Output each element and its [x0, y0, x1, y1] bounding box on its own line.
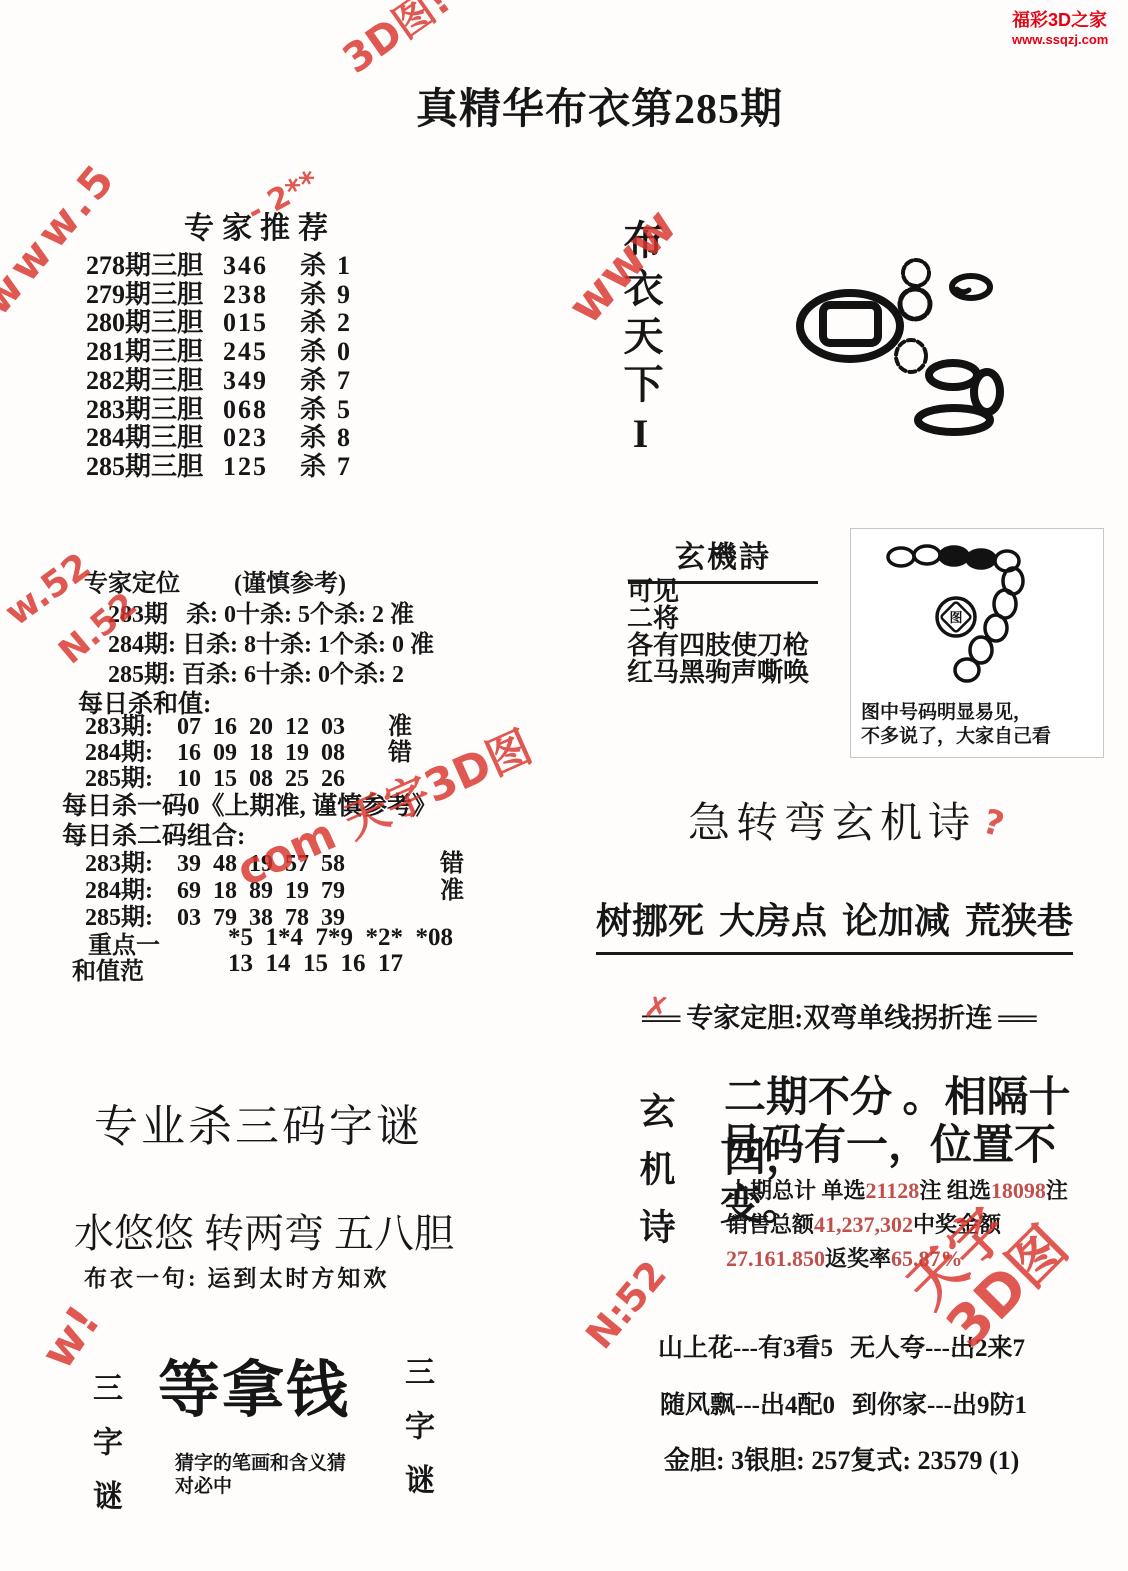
kill-three-title: 专业杀三码字谜 — [94, 1090, 423, 1154]
row-period: 283期三胆 — [86, 396, 223, 425]
stats-label: 上期总计 单选 — [728, 1178, 866, 1203]
row-kill-label: 杀 — [300, 367, 337, 396]
buyi-tianxia-sketch — [755, 225, 1085, 455]
stats-number: 41,237,302 — [814, 1212, 913, 1237]
sharp-turn-line: 树挪死 大房点 论加减 荒狭巷 — [596, 893, 1073, 955]
table-row: 278期三胆346杀1 — [86, 252, 350, 281]
bead-figure-caption2: 不多说了，大家自己看 — [861, 721, 1051, 748]
coin-character: 图 — [949, 610, 962, 625]
row-kill-label: 杀 — [300, 396, 337, 425]
row-period: 280期三胆 — [86, 309, 223, 338]
row-number: 349 — [223, 367, 300, 396]
bead-figure-caption1: 图中号码明显易见， — [861, 697, 1032, 724]
xuanji-poem-lines: 可见 二将 各有四肢使刀枪 红马黑驹声嘶唤 — [627, 578, 809, 686]
table-row: 281期三胆245杀0 — [86, 338, 350, 367]
xuanji2-side-title: 玄机诗 — [630, 1092, 681, 1266]
bead-figure-drawing: 图 — [851, 529, 1101, 689]
row-number: 068 — [223, 396, 300, 425]
three-riddle-side-left: 三字谜 — [82, 1372, 126, 1534]
watermark-scribble: ✗ — [642, 992, 671, 1025]
table-row: 279期三胆238杀9 — [86, 281, 350, 310]
row-period: 285期三胆 — [86, 453, 223, 482]
table-row: 284期三胆023杀8 — [86, 424, 350, 453]
row-number: 346 — [223, 252, 300, 281]
table-row: 282期三胆349杀7 — [86, 367, 350, 396]
row-number: 125 — [223, 453, 300, 482]
row-kill-value: 2 — [337, 309, 350, 338]
coin-sketch-drawing — [755, 225, 1085, 455]
row-kill-value: 7 — [337, 453, 350, 482]
dan-text: 专家定胆:双弯单线拐折连 — [686, 1003, 992, 1033]
site-logo: 福彩3D之家 www.ssqzj.com — [1012, 6, 1108, 47]
row-kill-value: 0 — [337, 338, 350, 367]
watermark-scribble: ? — [980, 805, 1008, 843]
table-row: 285期三胆125杀7 — [86, 453, 350, 482]
watermark-url-fragment: w! — [33, 1298, 107, 1376]
row-kill-label: 杀 — [300, 453, 337, 482]
row-kill-label: 杀 — [300, 281, 337, 310]
sum-range-label: 和值范 — [72, 951, 144, 986]
row-number: 023 — [223, 424, 300, 453]
stats-number: 27.161.850 — [726, 1246, 825, 1271]
focus-values: *5 1*4 7*9 *2* *08 — [228, 924, 453, 952]
row-period: 281期三胆 — [86, 338, 223, 367]
page-title: 真精华布衣第285期 — [416, 76, 783, 136]
row-kill-value: 9 — [337, 281, 350, 310]
gold-dan-line: 金胆: 3银胆: 257复式: 23579 (1) — [664, 1440, 1019, 1477]
row-period: 282期三胆 — [86, 367, 223, 396]
expert-dan-line: ══专家定胆:双弯单线拐折连══ — [642, 996, 1037, 1035]
row-kill-label: 杀 — [300, 252, 337, 281]
site-logo-name: 福彩3D之家 — [1012, 6, 1108, 32]
row-kill-label: 杀 — [300, 424, 337, 453]
three-riddle-answer: 等拿钱 — [158, 1340, 350, 1429]
bead-figure-box: 图 图中号码明显易见， 不多说了，大家自己看 — [850, 528, 1104, 758]
kill-three-riddle: 水悠悠 转两弯 五八胆 — [74, 1202, 454, 1259]
site-logo-url: www.ssqzj.com — [1012, 32, 1108, 47]
row-period: 279期三胆 — [86, 281, 223, 310]
three-riddle-note2: 对必中 — [175, 1471, 232, 1498]
stats-number: 21128 — [866, 1178, 920, 1203]
sharp-turn-title: 急转弯玄机诗 — [688, 790, 976, 850]
table-row: 283期三胆068杀5 — [86, 396, 350, 425]
row-number: 245 — [223, 338, 300, 367]
answer-line2b: 到你家---出9防1 — [852, 1385, 1027, 1421]
dan-right-rule: ══ — [998, 1003, 1036, 1033]
row-kill-value: 8 — [337, 424, 350, 453]
row-kill-label: 杀 — [300, 338, 337, 367]
row-number: 015 — [223, 309, 300, 338]
poem-line: 各有四肢使刀枪 — [627, 632, 809, 659]
sum-range-values: 13 14 15 16 17 — [228, 950, 403, 978]
answer-line1a: 山上花---有3看5 — [658, 1328, 833, 1364]
row-period: 278期三胆 — [86, 252, 223, 281]
stats-label: 销售总额 — [726, 1212, 814, 1237]
row-period: 284期三胆 — [86, 424, 223, 453]
table-row: 280期三胆015杀2 — [86, 309, 350, 338]
row-kill-value: 7 — [337, 367, 350, 396]
watermark-stamp: 3D图! — [337, 0, 458, 80]
row-kill-label: 杀 — [300, 309, 337, 338]
row-number: 238 — [223, 281, 300, 310]
poem-line: 红马黑驹声嘶唤 — [627, 659, 809, 686]
poem-line: 可见 — [627, 578, 809, 605]
expert-recommend-table: 278期三胆346杀1 279期三胆238杀9 280期三胆015杀2 281期… — [86, 252, 350, 482]
answer-line2a: 随风飘---出4配0 — [660, 1385, 835, 1421]
stats-label: 返奖率 — [825, 1246, 891, 1271]
poem-line: 二将 — [627, 605, 809, 632]
scanned-lottery-sheet: 福彩3D之家 www.ssqzj.com 真精华布衣第285期 专家推荐 278… — [0, 0, 1128, 1571]
row-kill-value: 1 — [337, 252, 350, 281]
three-riddle-side-right: 三字谜 — [394, 1356, 438, 1518]
buyi-sentence: 布衣一句: 运到太时方知欢 — [84, 1260, 389, 1293]
row-kill-value: 5 — [337, 396, 350, 425]
